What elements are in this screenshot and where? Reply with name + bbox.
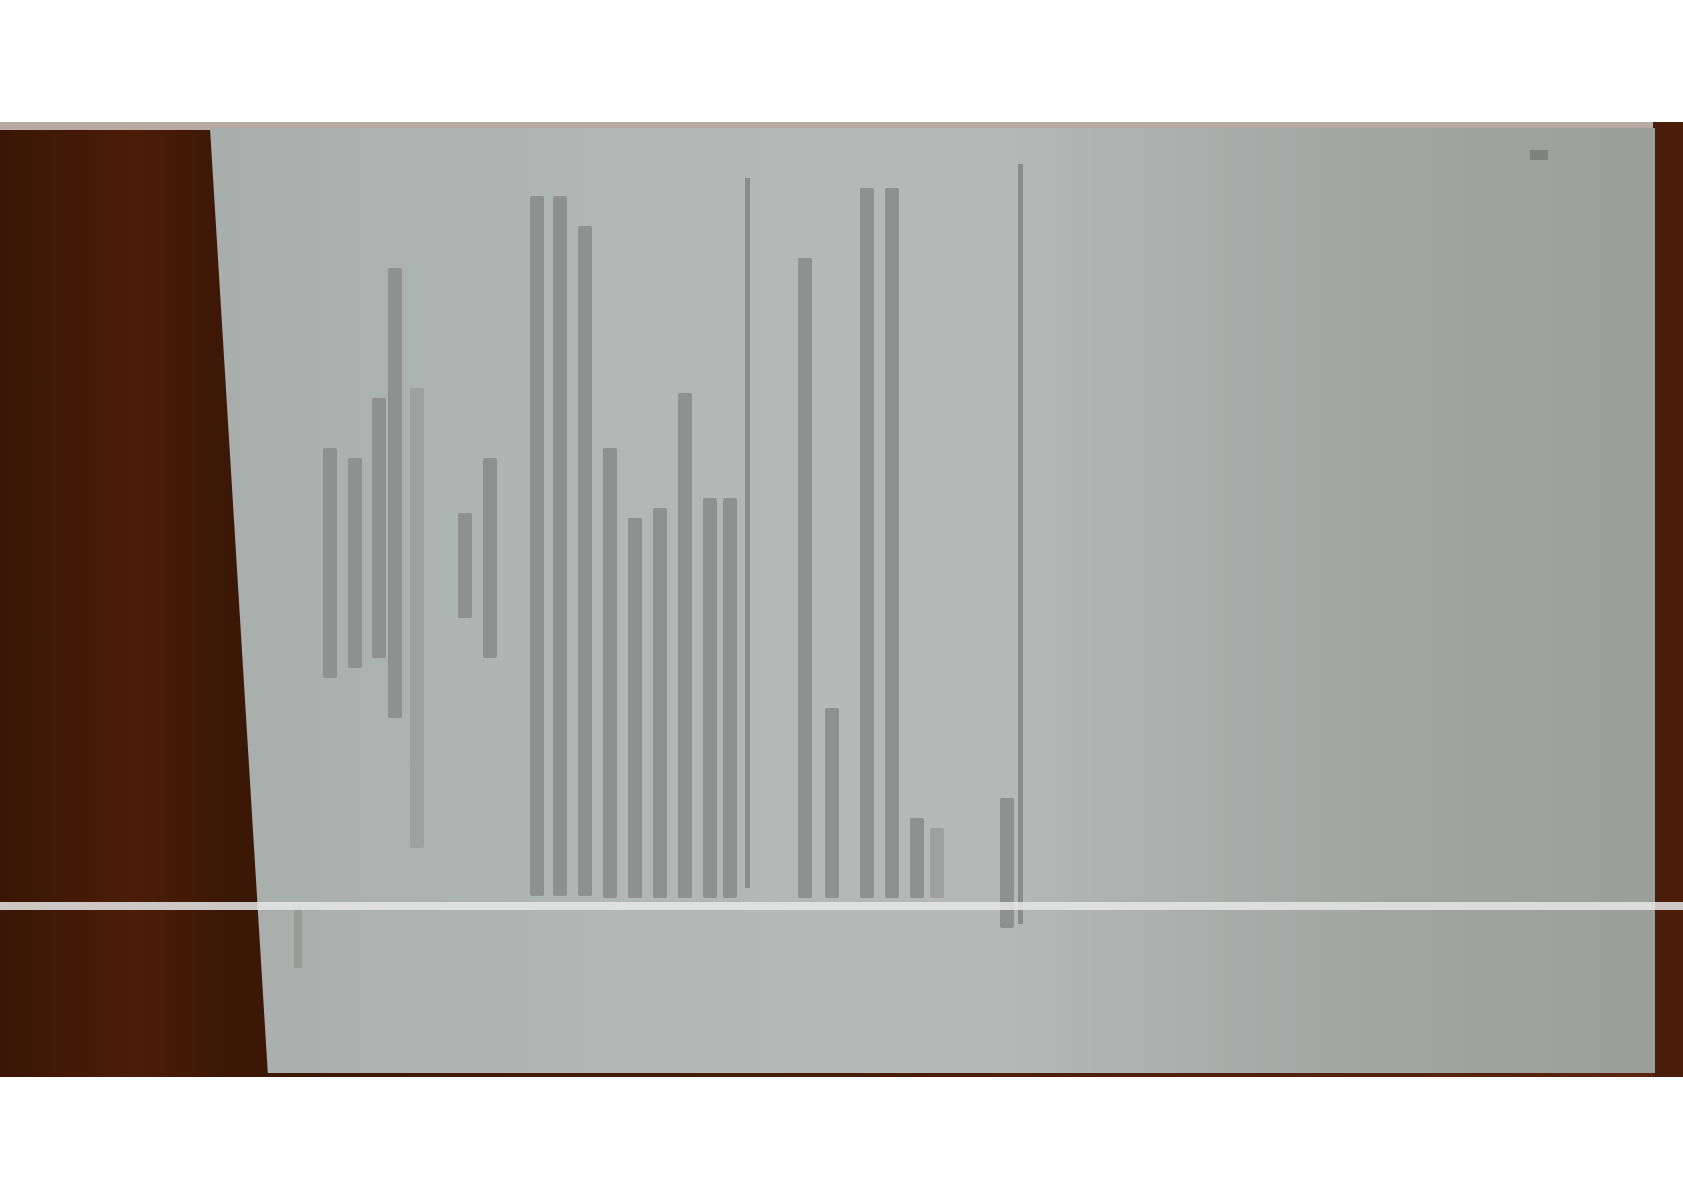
page-number: [1530, 150, 1548, 160]
footer-mark: [294, 908, 302, 968]
paper-sheet: [210, 128, 1655, 1073]
horizontal-rule: [1018, 164, 1023, 924]
document-photo: [0, 122, 1683, 1077]
margin: [0, 1077, 1683, 1189]
scan-artifact: [0, 902, 1683, 910]
desk-surface: [1653, 122, 1683, 1077]
vertical-rule: [745, 178, 750, 888]
